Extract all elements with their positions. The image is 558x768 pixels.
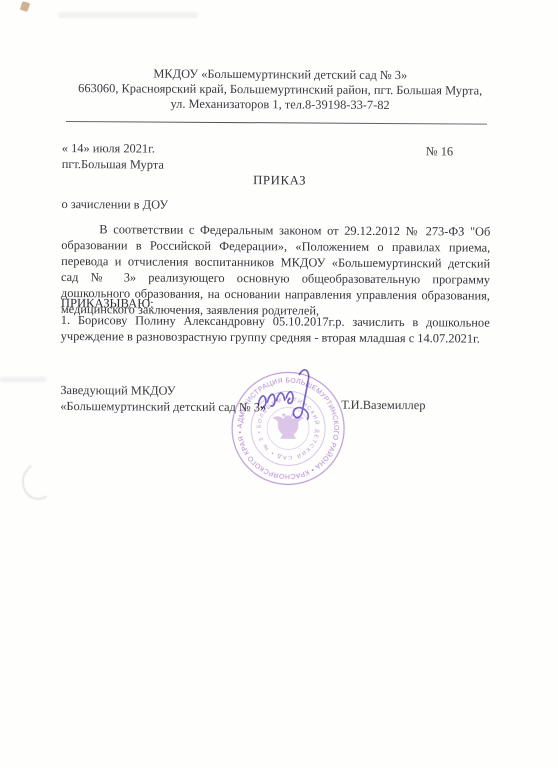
scanned-page: МКДОУ «Большемуртинский детский сад № 3»… bbox=[0, 0, 558, 768]
document-subject: о зачислении в ДОУ bbox=[61, 197, 168, 213]
order-keyword: ПРИКАЗЫВАЮ: bbox=[61, 296, 154, 312]
letterhead-divider-line bbox=[66, 121, 487, 125]
org-street-phone: ул. Механизаторов 1, тел.8-39198-33-7-82 bbox=[64, 96, 496, 114]
document-number: № 16 bbox=[426, 144, 453, 159]
document-place: пгт.Большая Мурта bbox=[62, 157, 164, 173]
letterhead: МКДОУ «Большемуртинский детский сад № 3»… bbox=[64, 66, 496, 114]
order-item-text: 1. Борисову Полину Александровну 05.10.2… bbox=[61, 312, 490, 347]
signatory-name: Т.И.Ваземиллер bbox=[341, 398, 425, 414]
document-date: « 14» июля 2021г. bbox=[62, 141, 155, 157]
signature-strokes bbox=[258, 370, 309, 419]
signature-autograph bbox=[252, 362, 340, 433]
document-title: ПРИКАЗ bbox=[64, 172, 496, 190]
document-content: МКДОУ «Большемуртинский детский сад № 3»… bbox=[0, 0, 558, 768]
org-address: 663060, Красноярский край, Большемуртинс… bbox=[64, 81, 496, 99]
